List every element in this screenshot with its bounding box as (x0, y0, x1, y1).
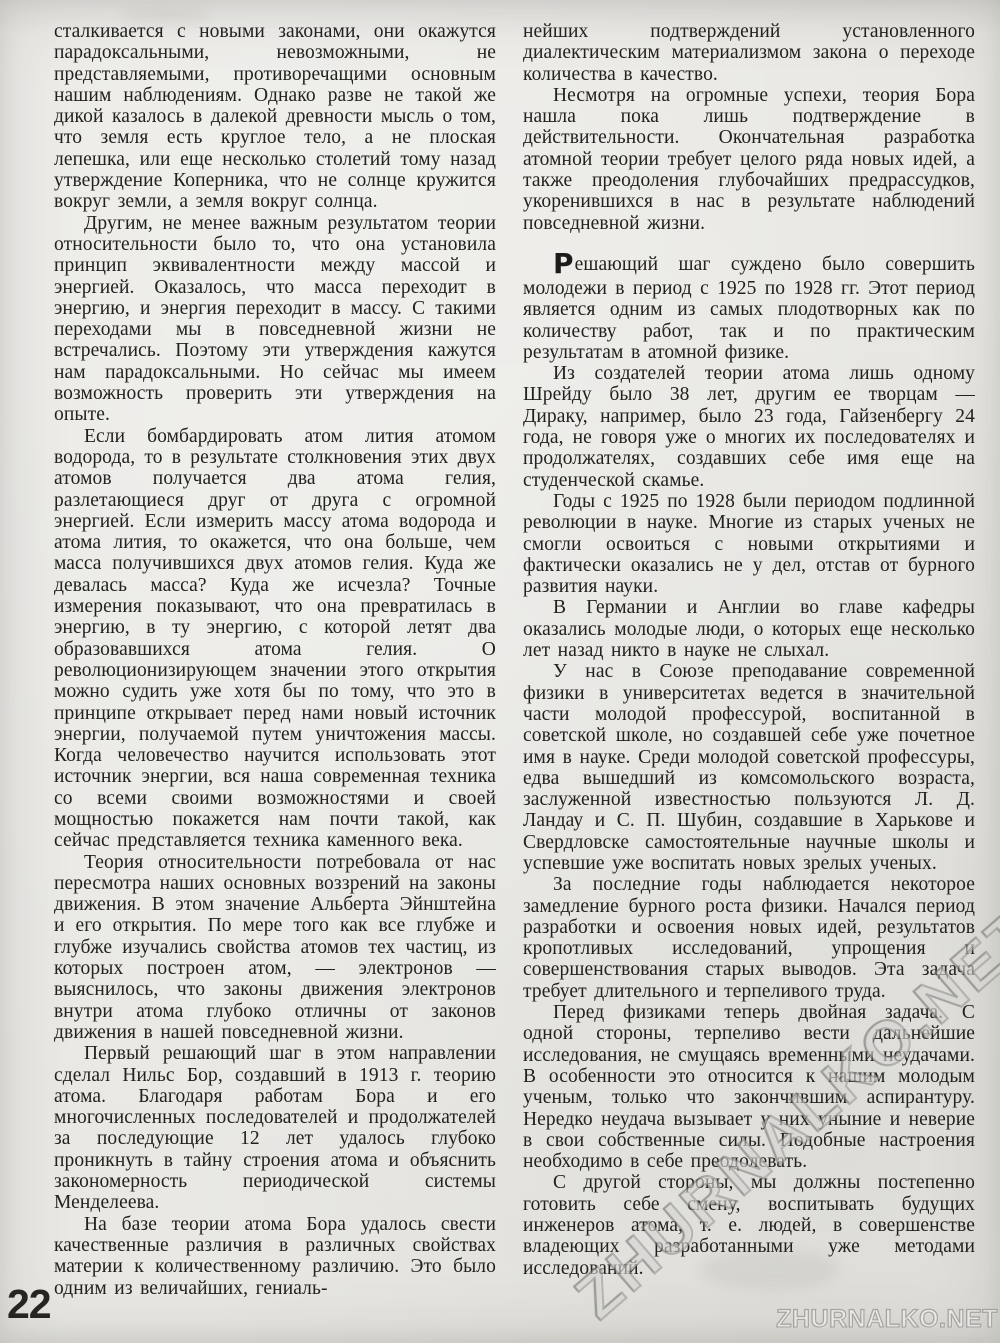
left-text-column: сталкивается с новыми законами, они окаж… (54, 21, 496, 1343)
paragraph: Перед физиками теперь двойная задача. С … (523, 1002, 975, 1172)
paragraph: Если бомбардировать атом лития атомом во… (54, 426, 496, 852)
scan-smudge (120, 8, 210, 22)
paragraph: За последние годы наблюдается некоторое … (523, 874, 975, 1002)
paragraph: Годы с 1925 по 1928 были периодом подлин… (523, 491, 975, 597)
article-body: сталкивается с новыми законами, они окаж… (54, 21, 975, 1343)
magazine-page: сталкивается с новыми законами, они окаж… (0, 0, 1000, 1343)
paragraph: Из создателей теории атома лишь одному Ш… (523, 363, 975, 491)
paragraph: У нас в Союзе преподавание современной ф… (523, 661, 975, 874)
paragraph: Другим, не менее важным результатом теор… (54, 213, 496, 426)
paragraph: Решающий шаг суждено было совершить моло… (523, 250, 975, 363)
paragraph: Первый решающий шаг в этом направлении с… (54, 1043, 496, 1213)
paragraph: Несмотря на огромные успехи, теория Бора… (523, 85, 975, 234)
page-number: 22 (7, 1281, 51, 1328)
paragraph: На базе теории атома Бора удалось свести… (54, 1214, 496, 1299)
paragraph: нейших подтверждений установленного диал… (523, 21, 975, 85)
paragraph: Теория относительности потребовала от на… (54, 852, 496, 1044)
paragraph: В Германии и Англии во главе кафедры ока… (523, 597, 975, 661)
right-text-column: нейших подтверждений установленного диал… (523, 21, 975, 1343)
paragraph: С другой стороны, мы должны постепенно г… (523, 1172, 975, 1278)
paragraph: сталкивается с новыми законами, они окаж… (54, 21, 496, 213)
dropcap-initial: Р (553, 247, 575, 280)
